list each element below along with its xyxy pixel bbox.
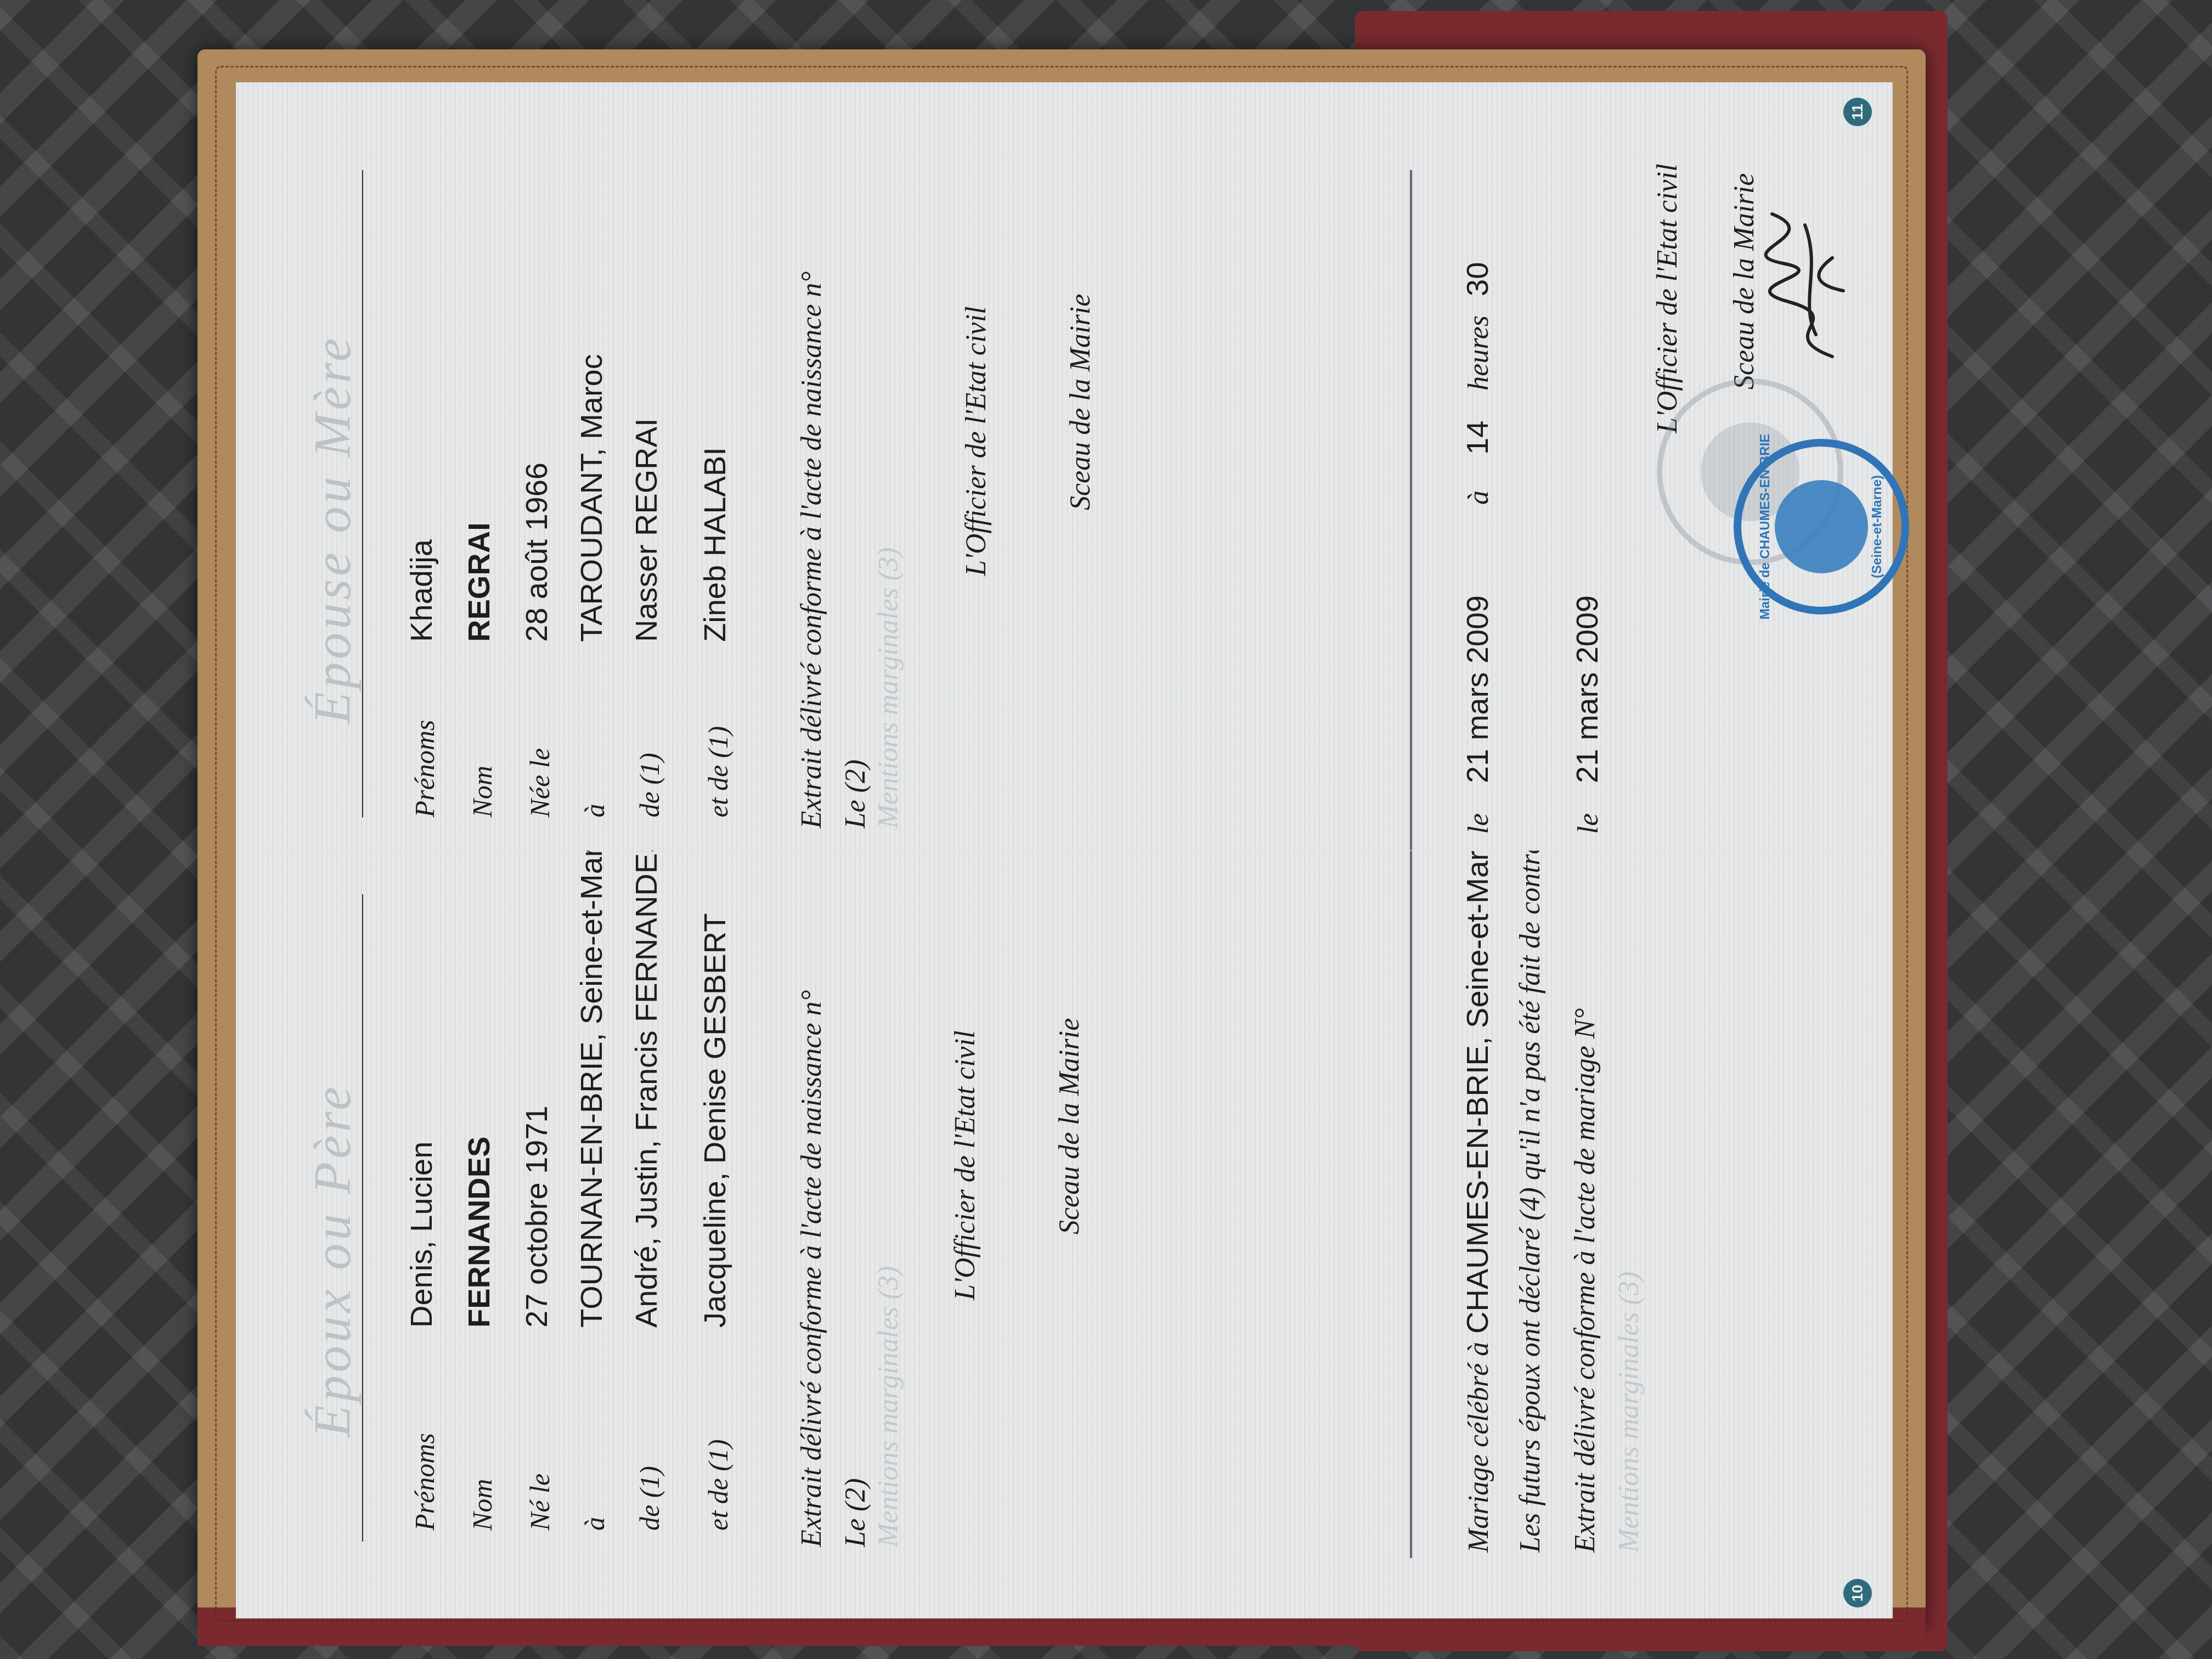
epouse-sceau-text: Sceau de la Mairie — [1064, 294, 1097, 510]
stamp-text-top: Mairie de CHAUMES-EN-BRIE — [1758, 434, 1773, 620]
mariage-extrait-date: 21 mars 2009 — [1570, 595, 1604, 783]
mariage-celebre-prefix: Mariage célébré à — [1463, 1342, 1494, 1553]
epoux-a-value: TOURNAN-EN-BRIE, Seine-et-Marne — [573, 812, 609, 1328]
epoux-a-label: à — [579, 1517, 611, 1531]
epouse-et-de-value: Zineb HALABI — [697, 447, 732, 642]
page-epoux: Époux ou Père Prénoms Denis, Lucien Nom … — [236, 850, 1893, 1618]
epoux-nom-label: Nom — [466, 1479, 498, 1531]
epouse-nee-le-value: 28 août 1966 — [518, 462, 554, 642]
epouse-nom-label: Nom — [466, 766, 498, 817]
page-number-right: 11 — [1843, 98, 1872, 126]
mariage-officier-text: L'Officier de l'Etat civil — [1651, 163, 1684, 433]
mariage-lieu: CHAUMES-EN-BRIE, Seine-et-Marne — [1460, 816, 1494, 1334]
mariage-heures-label: heures — [1463, 315, 1494, 391]
epoux-sceau-text: Sceau de la Mairie — [1053, 1018, 1086, 1234]
mariage-le-label: le — [1463, 813, 1494, 834]
epoux-nom-value: FERNANDES — [461, 1137, 496, 1328]
epouse-et-de-label: et de (1) — [702, 726, 734, 817]
epouse-nom-value: REGRAI — [461, 522, 496, 642]
epouse-a-value: TAROUDANT, Maroc — [573, 354, 609, 642]
epoux-ne-le-label: Né le — [524, 1474, 556, 1531]
epoux-ne-le-value: 27 octobre 1971 — [518, 1105, 554, 1328]
epoux-section-title: Époux ou Père — [302, 1084, 363, 1437]
mariage-celebre-line: Mariage célébré à CHAUMES-EN-BRIE, Seine… — [1459, 816, 1495, 1553]
epoux-et-de-value: Jacqueline, Denise GESBERT — [697, 913, 732, 1328]
stamp-text-bottom: (Seine-et-Marne) — [1870, 475, 1885, 578]
epouse-prenoms-value: Khadija — [403, 539, 439, 642]
mariage-date: 21 mars 2009 — [1460, 595, 1494, 783]
epoux-prenoms-label: Prénoms — [409, 1433, 441, 1531]
mariage-mentions-text: Mentions marginales (3) — [1613, 1272, 1645, 1553]
epouse-nee-le-label: Née le — [524, 748, 556, 817]
epouse-section-title: Épouse ou Mère — [302, 335, 363, 724]
epoux-officier-text: L'Officier de l'Etat civil — [949, 1030, 981, 1300]
officer-signature — [1750, 203, 1860, 368]
epouse-mentions-text: Mentions marginales (3) — [872, 548, 905, 828]
epouse-marriage-divider — [1410, 170, 1412, 850]
epoux-le-text: Le (2) — [839, 1478, 872, 1547]
booklet-fold — [236, 849, 1893, 851]
mariage-a-label: à — [1463, 490, 1494, 505]
mariage-heure: 14 — [1460, 421, 1494, 455]
mairie-stamp: Mairie de CHAUMES-EN-BRIE (Seine-et-Marn… — [1734, 439, 1909, 614]
epouse-le-text: Le (2) — [839, 759, 872, 828]
epouse-de-value: Nasser REGRAI — [628, 418, 664, 642]
epouse-top-rule — [362, 170, 363, 817]
epoux-top-rule — [362, 894, 363, 1542]
epoux-de-value: André, Justin, Francis FERNANDES — [628, 833, 664, 1328]
epoux-extrait-text: Extrait délivré conforme à l'acte de nai… — [795, 990, 828, 1547]
mariage-extrait-text: Extrait délivré conforme à l'acte de mar… — [1569, 1008, 1601, 1553]
mariage-minutes: 30 — [1460, 262, 1494, 296]
epoux-marriage-divider — [1410, 850, 1412, 1558]
mariage-extrait-le-label: le — [1573, 813, 1604, 834]
mariage-date-line: le 21 mars 2009 à 14 heures 30 — [1459, 262, 1495, 834]
epoux-de-label: de (1) — [634, 1466, 665, 1531]
epoux-mentions-text: Mentions marginales (3) — [872, 1266, 905, 1547]
open-booklet: Époux ou Père Prénoms Denis, Lucien Nom … — [236, 82, 1893, 1618]
page-epouse: Épouse ou Mère Prénoms Khadija Nom REGRA… — [236, 82, 1893, 850]
epouse-a-label: à — [579, 804, 611, 817]
epouse-officier-text: L'Officier de l'Etat civil — [960, 306, 992, 576]
page-number-left: 10 — [1843, 1579, 1872, 1607]
epouse-extrait-text: Extrait délivré conforme à l'acte de nai… — [795, 272, 828, 828]
mariage-extrait-date-line: le 21 mars 2009 — [1569, 595, 1605, 834]
stamp-emblem — [1775, 480, 1868, 573]
epoux-prenoms-value: Denis, Lucien — [403, 1142, 439, 1328]
epouse-de-label: de (1) — [634, 753, 665, 817]
epoux-et-de-label: et de (1) — [702, 1439, 734, 1531]
epouse-prenoms-label: Prénoms — [409, 720, 441, 817]
